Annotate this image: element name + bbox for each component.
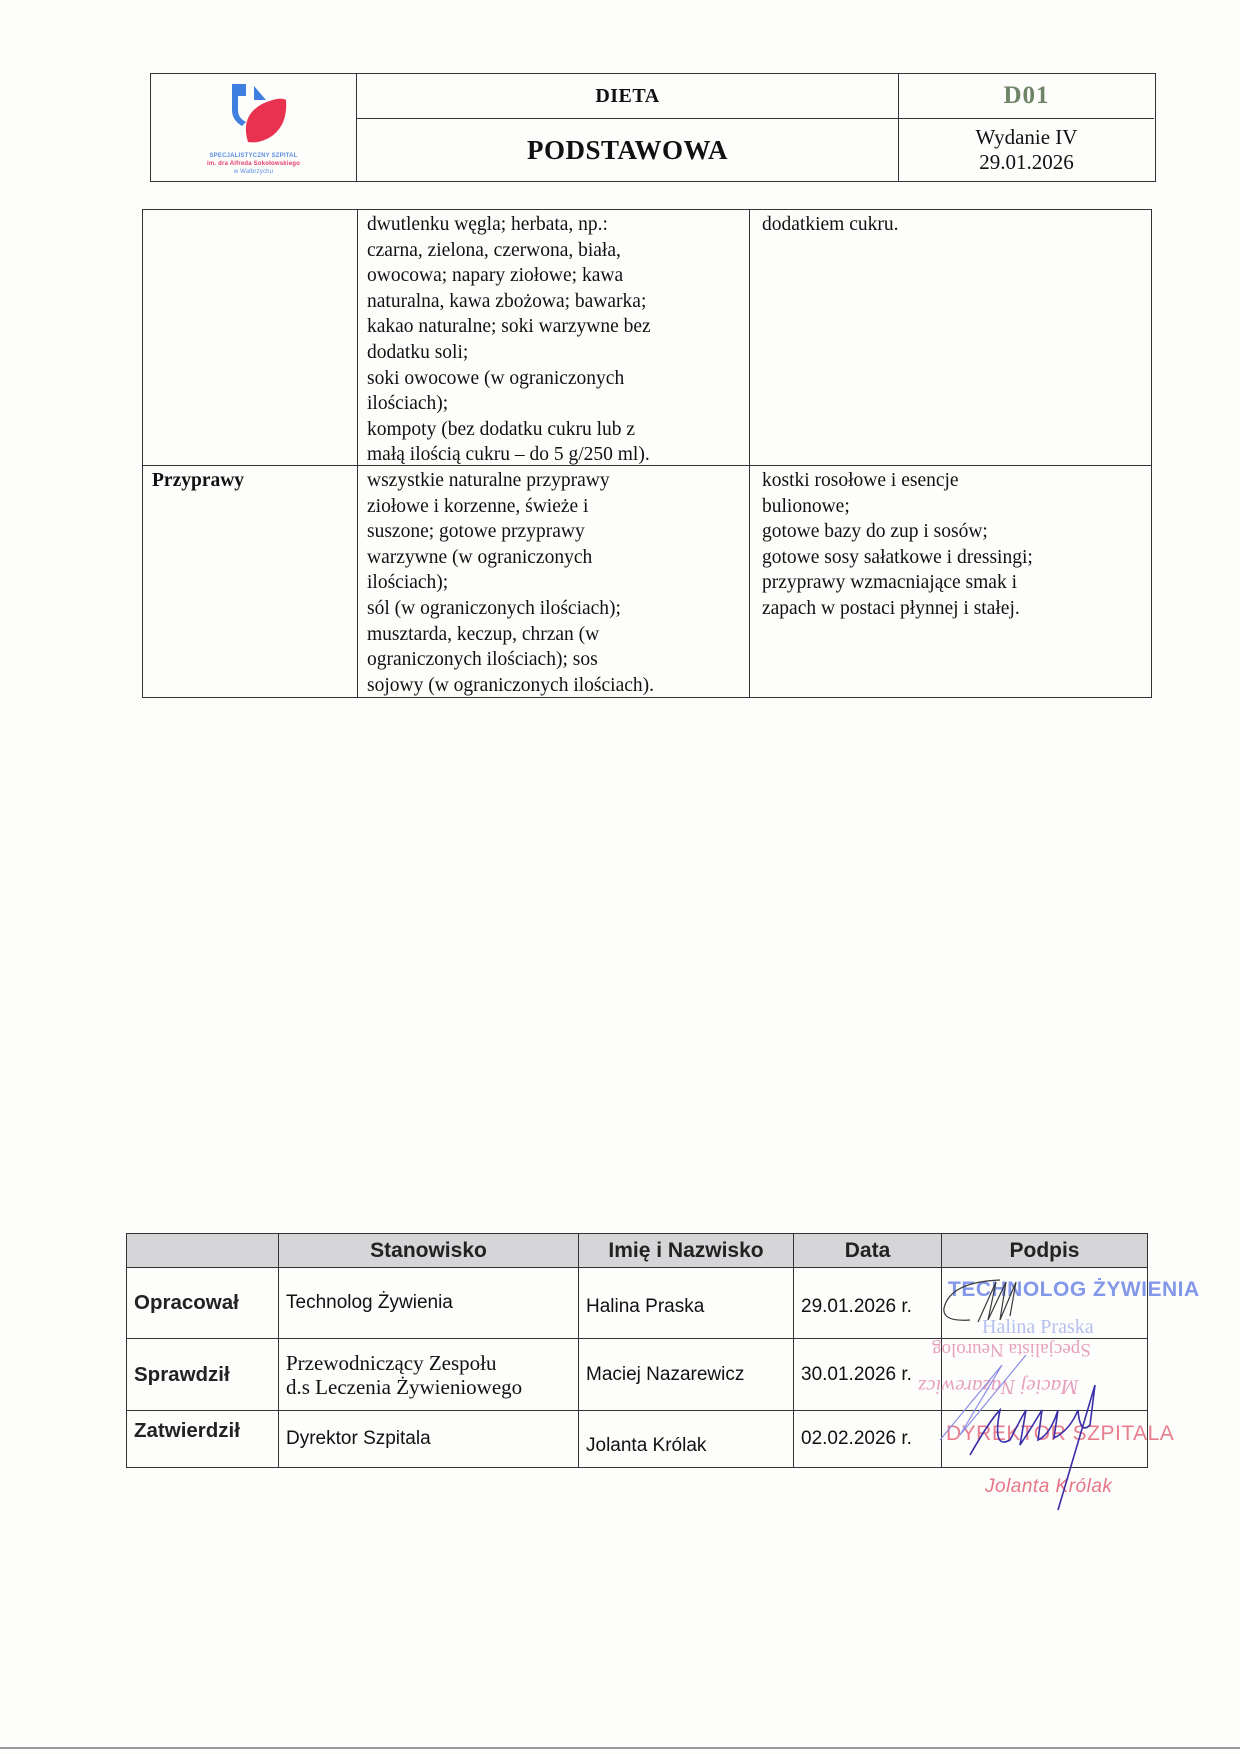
category-cell: Przyprawy [143, 466, 357, 697]
person-name: Maciej Nazarewicz [578, 1339, 793, 1410]
text-line: ilościach); [367, 570, 741, 596]
allowed-products-cell: wszystkie naturalne przyprawyziołowe i k… [357, 466, 750, 697]
text-line: czarna, zielona, czerwona, biała, [367, 238, 741, 264]
text-line: dodatku soli; [367, 340, 741, 366]
edition-info: Wydanie IV 29.01.2026 [899, 119, 1154, 181]
text-line: naturalna, kawa zbożowa; bawarka; [367, 289, 741, 315]
edition-label: Wydanie IV [976, 125, 1078, 150]
logo-text-line-3: w Wałbrzychu [151, 169, 356, 175]
page-bottom-edge [0, 1747, 1240, 1749]
forbidden-products-cell: dodatkiem cukru. [750, 210, 1151, 465]
header-date: Data [793, 1234, 941, 1267]
text-line: ograniczonych ilościach); sos [367, 647, 741, 673]
text-line: kakao naturalne; soki warzywne bez [367, 314, 741, 340]
person-name: Jolanta Królak [578, 1411, 793, 1467]
header-cell-empty [127, 1234, 278, 1267]
document-header: SPECJALISTYCZNY SZPITAL im. dra Alfreda … [150, 73, 1156, 182]
text-line: zapach w postaci płynnej i stałej. [762, 596, 1143, 622]
text-line: gotowe sosy sałatkowe i dressingi; [762, 545, 1143, 571]
text-line: wszystkie naturalne przyprawy [367, 468, 741, 494]
edition-date: 29.01.2026 [979, 150, 1074, 175]
diet-table: dwutlenku węgla; herbata, np.:czarna, zi… [142, 209, 1152, 698]
handwritten-signatures-icon [930, 1260, 1150, 1520]
hospital-logo: SPECJALISTYCZNY SZPITAL im. dra Alfreda … [151, 74, 357, 181]
role-label: Sprawdził [127, 1339, 278, 1410]
position-cell: Przewodniczący Zespołud.s Leczenia Żywie… [278, 1339, 578, 1410]
text-line: ziołowe i korzenne, świeże i [367, 494, 741, 520]
logo-text-line-1: SPECJALISTYCZNY SZPITAL [151, 153, 356, 159]
text-line: sojowy (w ograniczonych ilościach). [367, 673, 741, 699]
text-line: dodatkiem cukru. [762, 212, 1143, 238]
hospital-logo-icon [228, 82, 288, 147]
header-name: Imię i Nazwisko [578, 1234, 793, 1267]
text-line: d.s Leczenia Żywieniowego [286, 1375, 522, 1399]
text-line: kompoty (bez dodatku cukru lub z [367, 417, 741, 443]
document-title: PODSTAWOWA [357, 119, 899, 181]
header-position: Stanowisko [278, 1234, 578, 1267]
category-cell [143, 210, 357, 465]
text-line: sól (w ograniczonych ilościach); [367, 596, 741, 622]
text-line: małą ilością cukru – do 5 g/250 ml). [367, 442, 741, 468]
text-line: warzywne (w ograniczonych [367, 545, 741, 571]
text-line: bulionowe; [762, 494, 1143, 520]
text-line: suszone; gotowe przyprawy [367, 519, 741, 545]
forbidden-products-cell: kostki rosołowe i esencjebulionowe;gotow… [750, 466, 1151, 697]
text-line: owocowa; napary ziołowe; kawa [367, 263, 741, 289]
approval-date: 30.01.2026 r. [793, 1339, 941, 1410]
text-line: kostki rosołowe i esencje [762, 468, 1143, 494]
text-line: soki owocowe (w ograniczonych [367, 366, 741, 392]
text-line: musztarda, keczup, chrzan (w [367, 622, 741, 648]
logo-text-line-2: im. dra Alfreda Sokołowskiego [151, 161, 356, 167]
position-cell: Technolog Żywienia [278, 1268, 578, 1338]
document-code: D01 [899, 74, 1154, 119]
document-title-top: DIETA [357, 74, 899, 119]
approval-date: 29.01.2026 r. [793, 1268, 941, 1338]
text-line: gotowe bazy do zup i sosów; [762, 519, 1143, 545]
text-line: Przewodniczący Zespołu [286, 1351, 497, 1375]
role-label: Opracował [127, 1268, 278, 1338]
allowed-products-cell: dwutlenku węgla; herbata, np.:czarna, zi… [357, 210, 750, 465]
text-line: Dyrektor Szpitala [286, 1428, 431, 1450]
approval-date: 02.02.2026 r. [793, 1411, 941, 1467]
text-line: dwutlenku węgla; herbata, np.: [367, 212, 741, 238]
text-line: ilościach); [367, 391, 741, 417]
table-row: Przyprawy wszystkie naturalne przyprawyz… [143, 466, 1151, 697]
text-line: Technolog Żywienia [286, 1292, 453, 1314]
person-name: Halina Praska [578, 1268, 793, 1338]
position-cell: Dyrektor Szpitala [278, 1411, 578, 1467]
table-row: dwutlenku węgla; herbata, np.:czarna, zi… [143, 210, 1151, 466]
text-line: przyprawy wzmacniające smak i [762, 570, 1143, 596]
role-label: Zatwierdził [127, 1411, 278, 1467]
